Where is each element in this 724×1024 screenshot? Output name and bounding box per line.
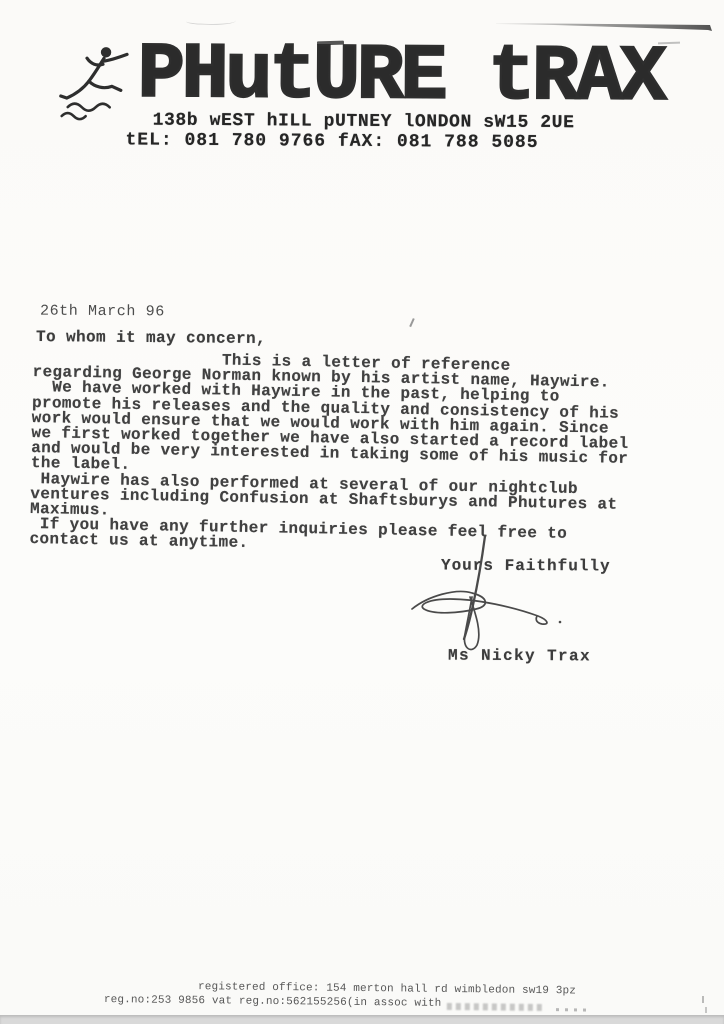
scan-bottom-band [0,1015,724,1024]
letterhead-phone-fax: tEL: 081 780 9766 fAX: 081 788 5085 [125,130,538,153]
faded-text-smudge [447,1003,543,1011]
signature-scribble [398,533,578,658]
scan-edge-mark [702,996,704,1003]
letterhead-address: 138b wEST hILL pUTNEY lONDON sW15 2UE [153,111,575,134]
signer-name: Ms Nicky Trax [448,647,591,666]
faded-dots [556,1008,592,1011]
letter-body: This is a letter of reference regarding … [29,350,673,559]
scanned-letter-page: PHutURE tRAX 138b wEST hILL pUTNEY lONDO… [0,0,724,1024]
registration-numbers-line: reg.no:253 9856 vat reg.no:562155256(in … [104,994,442,1010]
scan-edge-mark [705,1007,707,1013]
letter-date: 26th March 96 [40,303,165,321]
scan-speck [409,318,414,327]
letter-salutation: To whom it may concern, [36,328,266,348]
running-figure-icon [58,42,146,125]
company-logo-text: PHutURE tRAX [138,36,664,117]
letterhead: PHutURE tRAX 138b wEST hILL pUTNEY lONDO… [0,0,724,174]
